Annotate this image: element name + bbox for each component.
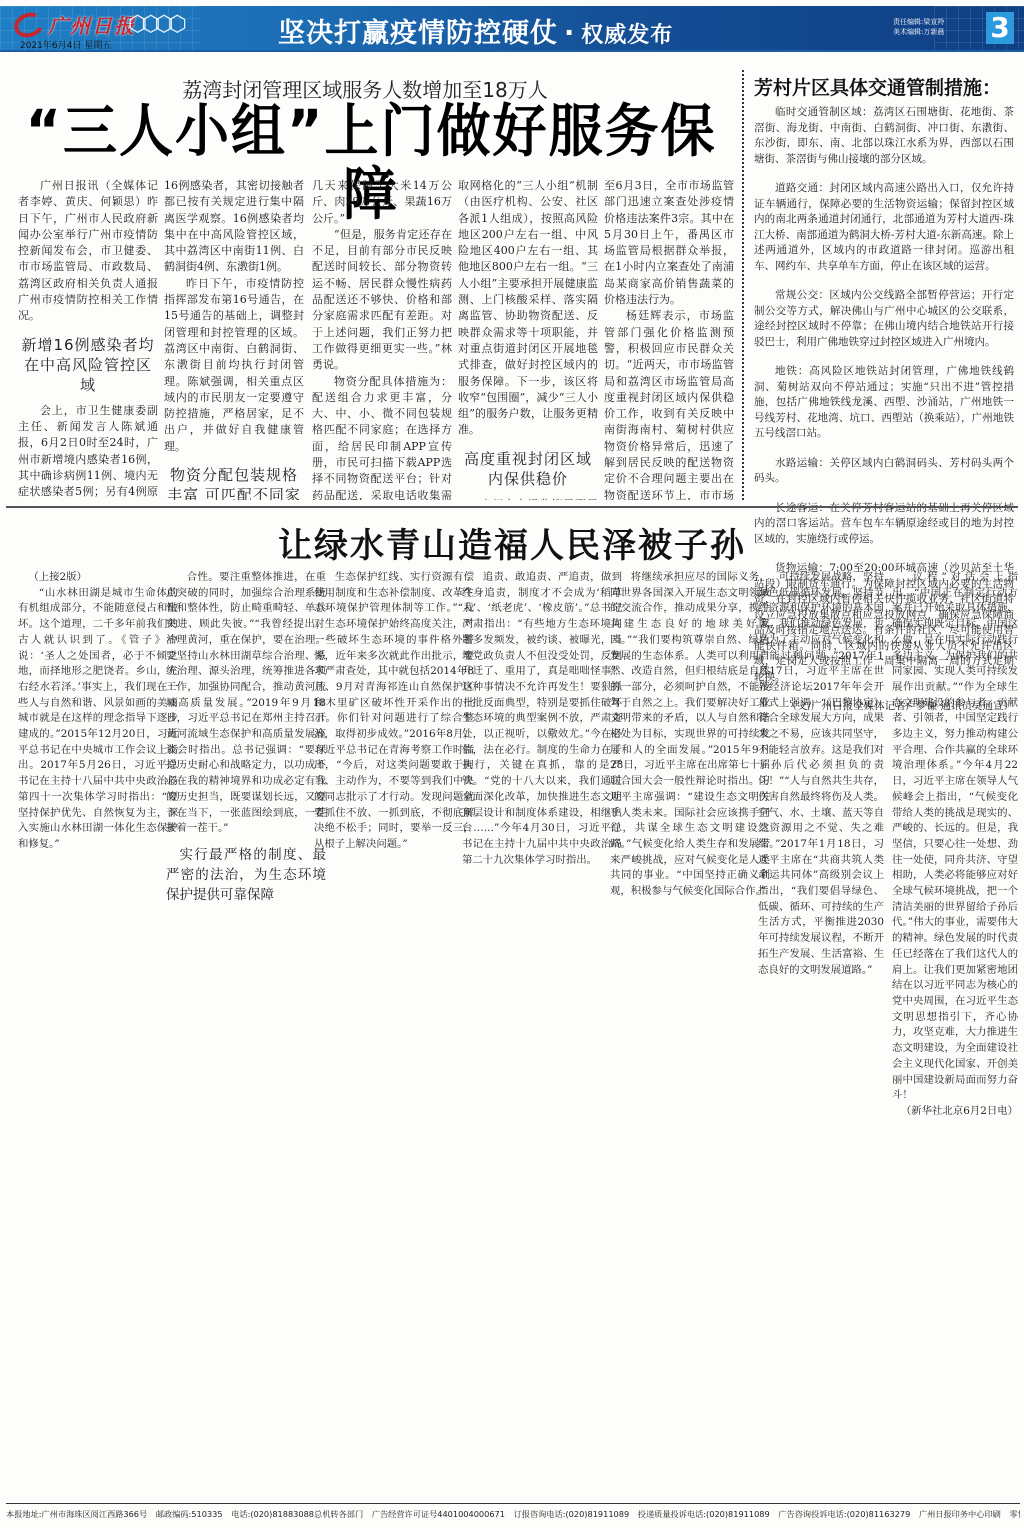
article-paragraph: “但是，服务肯定还存在不足，目前有部分市民反映配送时间较长、部分物资转运不畅、居… [312, 227, 452, 374]
footer-delivery-complaint: 投递质量投诉电话:(020)81911089 [638, 1509, 770, 1519]
article2-column-2: 合性。要注重整体推进，在重点突破的同时，加强综合治理系统性和整体性，防止畸重畸轻… [166, 570, 326, 1488]
article-column-2: 16例感染者，其密切接触者都已按有关规定进行集中隔离医学观察。16例感染者均集中… [164, 178, 304, 500]
editor-name: 责任编辑:梁宣羚 [893, 17, 944, 27]
section-divider [6, 506, 1018, 508]
article-paragraph: 会上，市卫生健康委副主任、新闻发言人陈斌通报，6月2日0时至24时，广州市新增境… [18, 403, 158, 500]
article2-column-5: 将继续承担应尽的国际义务，同世界各国深入开展生态文明领域的交流合作，推动成果分享… [610, 570, 770, 1488]
footer-divider [6, 1503, 1020, 1504]
art-editor-name: 美术编辑:万新晨 [893, 27, 944, 37]
footer-postcode: 邮政编码:510335 [156, 1509, 223, 1519]
footer-address: 本报地址:广州市海珠区阅江西路366号 [6, 1509, 147, 1519]
sidebar-paragraph: 临时交通管制区域：荔湾区石围塘街、花地街、茶滘街、海龙街、中南街、白鹤洞街、冲口… [754, 105, 1014, 167]
article-paragraph: 可持续发展战略，坚持绿色低碳循环发展，坚持节约资源和保护环境的基本国策。我们推动… [758, 570, 884, 978]
article-paragraph: 杨廷辉表示，市场监管部门强化价格监测预警，积极回应市民群众关切。“近两天，市市场… [604, 308, 734, 500]
section-title-main: 坚决打赢疫情防控硬仗 [278, 18, 558, 49]
sidebar-paragraph: 地铁：高风险区地铁站封闭管理，广佛地铁线鹤洞、菊树站双向不停站通过；实施“只出不… [754, 364, 1014, 442]
article-paragraph: 广州日报讯（全媒体记者李婷、黄庆、何颖思）昨日下午，广州市人民政府新闻办公室举行… [18, 178, 158, 325]
continued-note: （上接2版） [18, 570, 178, 586]
footer-ad-complaint: 广告咨询投诉电话:(020)81163279 [778, 1509, 910, 1519]
sidebar-title: 芳村片区具体交通管制措施： [754, 73, 1001, 100]
article2-column-4: 追责、敢追责、严追责，做到终身追责，制度才不会成为‘稻草人’、‘纸老虎’、‘橡皮… [462, 570, 622, 1488]
imprint-footer: 本报地址:广州市海珠区阅江西路366号 邮政编码:510335 电话:(020)… [6, 1509, 1020, 1520]
article-paragraph: “山水林田湖是城市生命体的有机组成部分，不能随意侵占和破坏。这个道理，二千多年前… [18, 586, 178, 853]
article-column-5: 至6月3日，全市市场监管部门迅速立案查处涉疫情价格违法案件3宗。其中在5月30日… [604, 178, 734, 500]
section-banner: 广州日报 ⬡⬡⬡⬡ 2021年6月4日 星期五 坚决打赢疫情防控硬仗·权威发布 … [0, 6, 1024, 50]
article-column-1: 广州日报讯（全媒体记者李婷、黄庆、何颖思）昨日下午，广州市人民政府新闻办公室举行… [18, 178, 158, 500]
article-column-3: 几天来保障了大米14万公斤、肉29万公斤、果蔬16万公斤。” “但是，服务肯定还… [312, 178, 452, 500]
article-subhead: 高度重视封闭区域内保供稳价 [458, 449, 598, 489]
title-separator: · [564, 18, 575, 49]
paper-name: 广州日报 [48, 10, 136, 39]
article-subhead: 实行最严格的制度、最严密的法治，为生态环境保护提供可靠保障 [166, 845, 326, 905]
footer-price: 零售每份2元 [1009, 1509, 1020, 1519]
article-paragraph: 取网格化的“三人小组”机制（由医疗机构、公安、社区各派1人组成），按照高风险地区… [458, 178, 598, 439]
column-divider [742, 70, 744, 500]
footer-ad-license: 广告经营许可证号4401004000671 [372, 1509, 505, 1519]
article-paragraph: 至6月3日，全市市场监管部门迅速立案查处涉疫情价格违法案件3宗。其中在5月30日… [604, 178, 734, 308]
sidebar-paragraph: 常规公交：区域内公交线路全部暂停营运；开行定制公交等方式，解决佛山与广州中心城区… [754, 288, 1014, 350]
article-paragraph: 物资分配具体措施为：配送组合力求更丰富，分大、中、小、微不同包装规格匹配不同家庭… [312, 374, 452, 500]
article2-column-1: （上接2版） “山水林田湖是城市生命体的有机组成部分，不能随意侵占和破坏。这个道… [18, 570, 178, 1488]
article2-column-6: 可持续发展战略，坚持绿色低碳循环发展，坚持节约资源和保护环境的基本国策。我们推动… [758, 570, 884, 1488]
sidebar-paragraph: 水路运输：关停区域内白鹤洞码头、芳村码头两个码头。 [754, 456, 1014, 487]
article-paragraph: 追责、敢追责、严追责，做到终身追责，制度才不会成为‘稻草人’、‘纸老虎’、‘橡皮… [462, 570, 622, 868]
sidebar-paragraph: 道路交通：封闭区域内高速公路出入口，仅允许持证车辆通行，保障必要的生活物资运输；… [754, 181, 1014, 274]
newspaper-logo-icon [11, 8, 47, 41]
article-paragraph: 生态保护红线、实行资源有偿使用制度和生态补偿制度、改革生态环境保护管理体制等工作… [314, 570, 474, 853]
article-paragraph: 将继续承担应尽的国际义务，同世界各国深入开展生态文明领域的交流合作，推动成果分享… [610, 570, 770, 900]
article-paragraph: 16例感染者，其密切接触者都已按有关规定进行集中隔离医学观察。16例感染者均集中… [164, 178, 304, 276]
footer-printer: 广州日报印务中心印刷 [919, 1509, 1001, 1519]
article-paragraph: 广州市市场监管局副局长杨廷辉表示，结合广州当前新冠肺炎疫情防控形势，市市场监管部… [458, 497, 598, 500]
section-title: 坚决打赢疫情防控硬仗·权威发布 [278, 11, 673, 50]
article-subhead: 物资分配包装规格丰富 可匹配不同家庭 [164, 465, 304, 500]
article2-column-3: 生态保护红线、实行资源有偿使用制度和生态补偿制度、改革生态环境保护管理体制等工作… [314, 570, 474, 1488]
article-subhead: 新增16例感染者均在中高风险管控区域 [18, 335, 158, 395]
story-headline-2[interactable]: 让绿水青山造福人民泽被子孙 [0, 518, 1024, 567]
article-column-4: 取网格化的“三人小组”机制（由医疗机构、公安、社区各派1人组成），按照高风险地区… [458, 178, 598, 500]
article-paragraph: 合性。要注重整体推进，在重点突破的同时，加强综合治理系统性和整体性，防止畸重畸轻… [166, 570, 326, 837]
editor-credits: 责任编辑:梁宣羚 美术编辑:万新晨 [893, 17, 944, 37]
footer-phone: 电话:(020)81883088总机转各部门 [231, 1509, 363, 1519]
newspaper-logo[interactable]: 广州日报 [14, 10, 136, 39]
masthead-divider [0, 50, 1024, 52]
article-paragraph: 几天来保障了大米14万公斤、肉29万公斤、果蔬16万公斤。” [312, 178, 452, 227]
dateline: （新华社北京6月2日电） [892, 1104, 1018, 1120]
article-paragraph: 议程”对话会上指出，“中国正在制定行动方案并已开始采取具体措施，确保实现既定目标… [892, 570, 1018, 1104]
article-paragraph: 昨日下午，市疫情防控指挥部发布第16号通告，在15号通告的基础上，调整封闭管理和… [164, 276, 304, 455]
issue-date: 2021年6月4日 星期五 [20, 38, 111, 50]
section-subtitle: 权威发布 [581, 23, 673, 48]
page-number-badge: 3 [986, 12, 1014, 44]
article2-column-7: 议程”对话会上指出，“中国正在制定行动方案并已开始采取具体措施，确保实现既定目标… [892, 570, 1018, 1488]
footer-subscription-phone: 订报咨询电话:(020)81911089 [514, 1509, 630, 1519]
hexagon-chain-decoration-icon: ⬡⬡⬡⬡ [128, 12, 181, 37]
